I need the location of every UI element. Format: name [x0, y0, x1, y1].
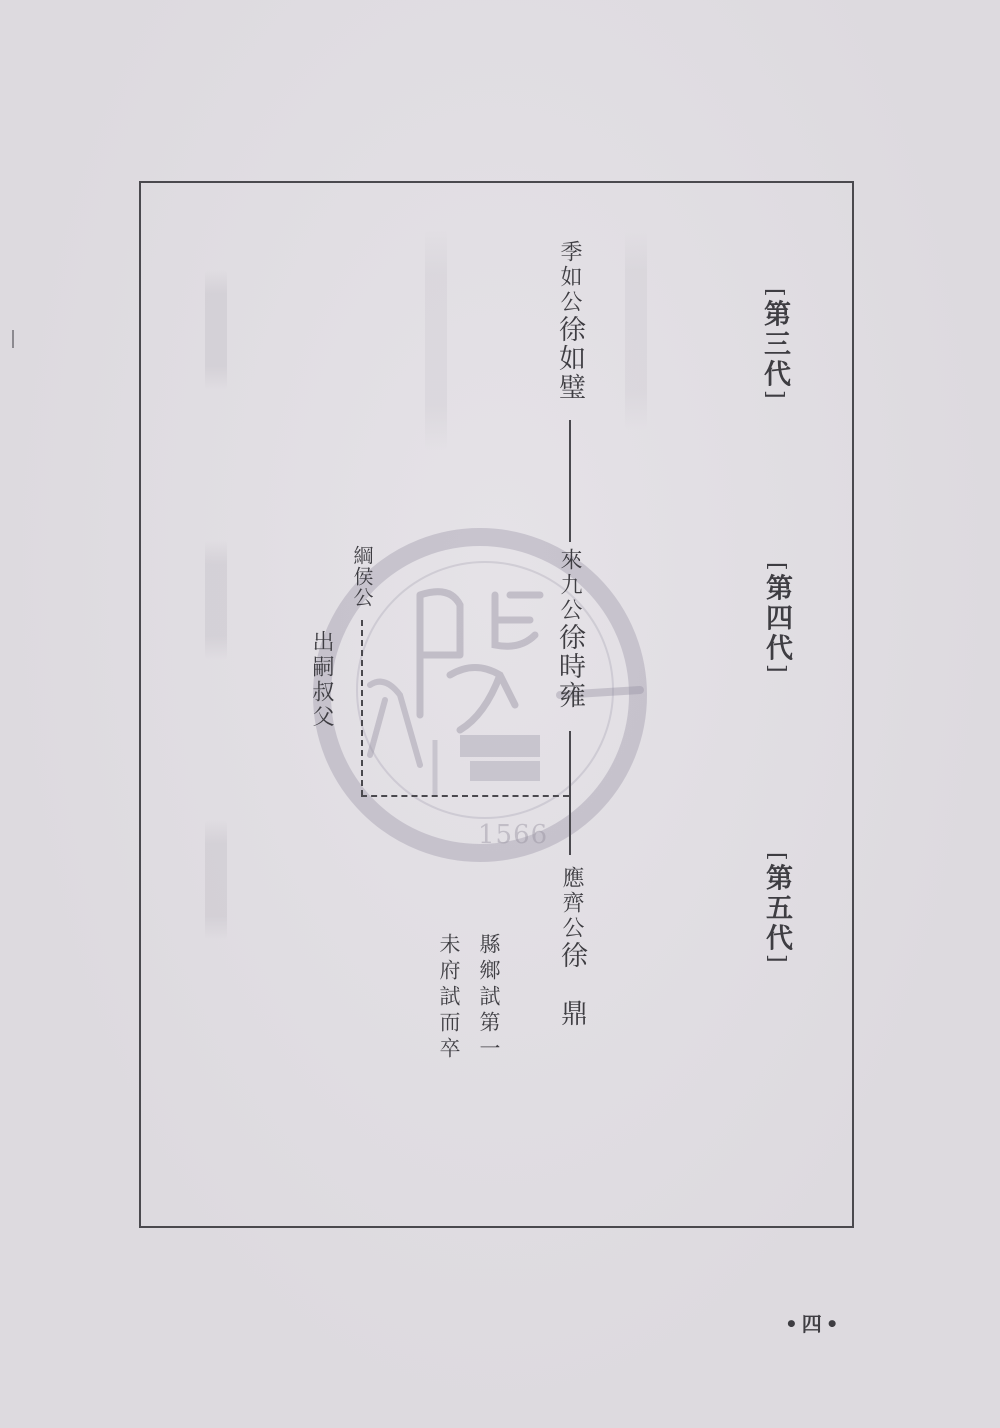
- bracket-open: [: [765, 852, 787, 864]
- generation-label-text: 第五代: [761, 864, 792, 954]
- gen5-note-exam: 縣鄉試第一: [478, 933, 499, 1063]
- generation-label-5: [第五代]: [763, 852, 790, 965]
- person-name: 徐如璧: [554, 315, 585, 402]
- bracket-close: ]: [765, 664, 787, 676]
- generation-label-4: [第四代]: [763, 562, 790, 675]
- adoption-dashed-line: [361, 620, 363, 796]
- person-title: 季如公: [557, 240, 582, 315]
- adoption-dashed-line: [361, 795, 569, 797]
- person-title: 應齊公: [559, 866, 584, 941]
- person-title: 來九公: [557, 548, 582, 623]
- generation-label-text: 第四代: [761, 574, 792, 664]
- generation-label-text: 第三代: [759, 300, 790, 390]
- person-name: 徐 鼎: [556, 941, 587, 1028]
- lineage-line: [569, 731, 571, 855]
- bracket-close: ]: [765, 954, 787, 966]
- gen5-note-death: 未府試而卒: [438, 933, 459, 1063]
- person-title: 綱侯公: [350, 545, 374, 608]
- bracket-open: [: [763, 288, 785, 300]
- person-gen4: 來九公徐時雍: [556, 548, 583, 710]
- generation-label-3: [第三代]: [761, 288, 788, 401]
- adopted-relation-note: 出嗣叔父: [310, 630, 332, 730]
- lineage-line: [569, 420, 571, 542]
- page-number: •四•: [785, 1308, 843, 1337]
- person-gen3: 季如公徐如璧: [556, 240, 583, 402]
- scan-margin-mark: [12, 330, 14, 348]
- person-adopted: 綱侯公: [352, 545, 372, 608]
- person-gen5: 應齊公徐 鼎: [558, 866, 585, 1028]
- person-name: 徐時雍: [554, 623, 585, 710]
- genealogy-frame: [139, 181, 854, 1228]
- bracket-close: ]: [763, 390, 785, 402]
- seal-year-text: 1566: [478, 820, 548, 850]
- bracket-open: [: [765, 562, 787, 574]
